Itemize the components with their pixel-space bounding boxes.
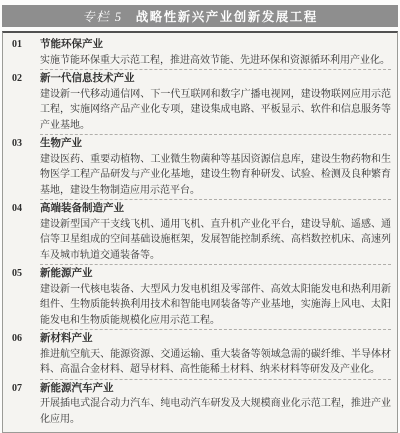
document-page: 专栏 5 战略性新兴产业创新发展工程 01 节能环保产业 实施节能环保重大示范工… xyxy=(0,5,400,433)
list-item: 03 生物产业 建设医药、重要动植物、工业微生物菌种等基因资源信息库，建设生物药… xyxy=(12,136,391,201)
item-number: 06 xyxy=(12,331,40,347)
box-header: 专栏 5 战略性新兴产业创新发展工程 xyxy=(2,5,398,27)
box-header-title: 战略性新兴产业创新发展工程 xyxy=(136,7,318,25)
item-description: 建设医药、重要动植物、工业微生物菌种等基因资源信息库，建设生物药物和生物医学工程… xyxy=(40,152,391,201)
item-description: 建设新一代移动通信网、下一代互联网和数字广播电视网，建设物联网应用示范工程，实施… xyxy=(40,87,391,136)
list-item: 07 新能源汽车产业 开展插电式混合动力汽车、纯电动汽车研发及大规模商业化示范工… xyxy=(12,381,391,428)
item-title: 新能源产业 xyxy=(40,266,391,282)
item-description: 建设新型国产干支线飞机、通用飞机、直升机产业化平台，建设导航、遥感、通信等卫星组… xyxy=(40,217,391,266)
item-number: 02 xyxy=(12,71,40,87)
item-body: 新能源汽车产业 开展插电式混合动力汽车、纯电动汽车研发及大规模商业化示范工程，推… xyxy=(40,381,391,428)
item-number: 04 xyxy=(12,201,40,217)
item-title: 节能环保产业 xyxy=(40,37,391,53)
item-title: 新能源汽车产业 xyxy=(40,381,391,397)
item-body: 高端装备制造产业 建设新型国产干支线飞机、通用飞机、直升机产业化平台，建设导航、… xyxy=(40,201,391,266)
item-number: 01 xyxy=(12,37,40,53)
item-body: 生物产业 建设医药、重要动植物、工业微生物菌种等基因资源信息库，建设生物药物和生… xyxy=(40,136,391,201)
item-title: 新材料产业 xyxy=(40,331,391,347)
item-description: 开展插电式混合动力汽车、纯电动汽车研发及大规模商业化示范工程，推进产业化应用。 xyxy=(40,396,391,427)
item-title: 生物产业 xyxy=(40,136,391,152)
list-item: 04 高端装备制造产业 建设新型国产干支线飞机、通用飞机、直升机产业化平台，建设… xyxy=(12,201,391,266)
item-number: 07 xyxy=(12,381,40,397)
box-header-label: 专栏 5 xyxy=(82,7,122,25)
item-description: 推进航空航天、能源资源、交通运输、重大装备等领域急需的碳纤维、半导体材料、高温合… xyxy=(40,347,391,380)
list-item: 02 新一代信息技术产业 建设新一代移动通信网、下一代互联网和数字广播电视网，建… xyxy=(12,71,391,136)
item-body: 新一代信息技术产业 建设新一代移动通信网、下一代互联网和数字广播电视网，建设物联… xyxy=(40,71,391,136)
list-item: 01 节能环保产业 实施节能环保重大示范工程，推进高效节能、先进环保和资源循环利… xyxy=(12,37,391,71)
content-box: 01 节能环保产业 实施节能环保重大示范工程，推进高效节能、先进环保和资源循环利… xyxy=(2,31,398,433)
item-body: 新能源产业 建设新一代核电装备、大型风力发电机组及零部件、高效太阳能发电和热利用… xyxy=(40,266,391,331)
item-number: 05 xyxy=(12,266,40,282)
item-description: 建设新一代核电装备、大型风力发电机组及零部件、高效太阳能发电和热利用新组件、生物… xyxy=(40,282,391,331)
item-number: 03 xyxy=(12,136,40,152)
item-description: 实施节能环保重大示范工程，推进高效节能、先进环保和资源循环利用产业化。 xyxy=(40,53,391,71)
item-title: 高端装备制造产业 xyxy=(40,201,391,217)
item-title: 新一代信息技术产业 xyxy=(40,71,391,87)
item-body: 节能环保产业 实施节能环保重大示范工程，推进高效节能、先进环保和资源循环利用产业… xyxy=(40,37,391,71)
list-item: 06 新材料产业 推进航空航天、能源资源、交通运输、重大装备等领域急需的碳纤维、… xyxy=(12,331,391,381)
item-body: 新材料产业 推进航空航天、能源资源、交通运输、重大装备等领域急需的碳纤维、半导体… xyxy=(40,331,391,381)
list-item: 05 新能源产业 建设新一代核电装备、大型风力发电机组及零部件、高效太阳能发电和… xyxy=(12,266,391,331)
